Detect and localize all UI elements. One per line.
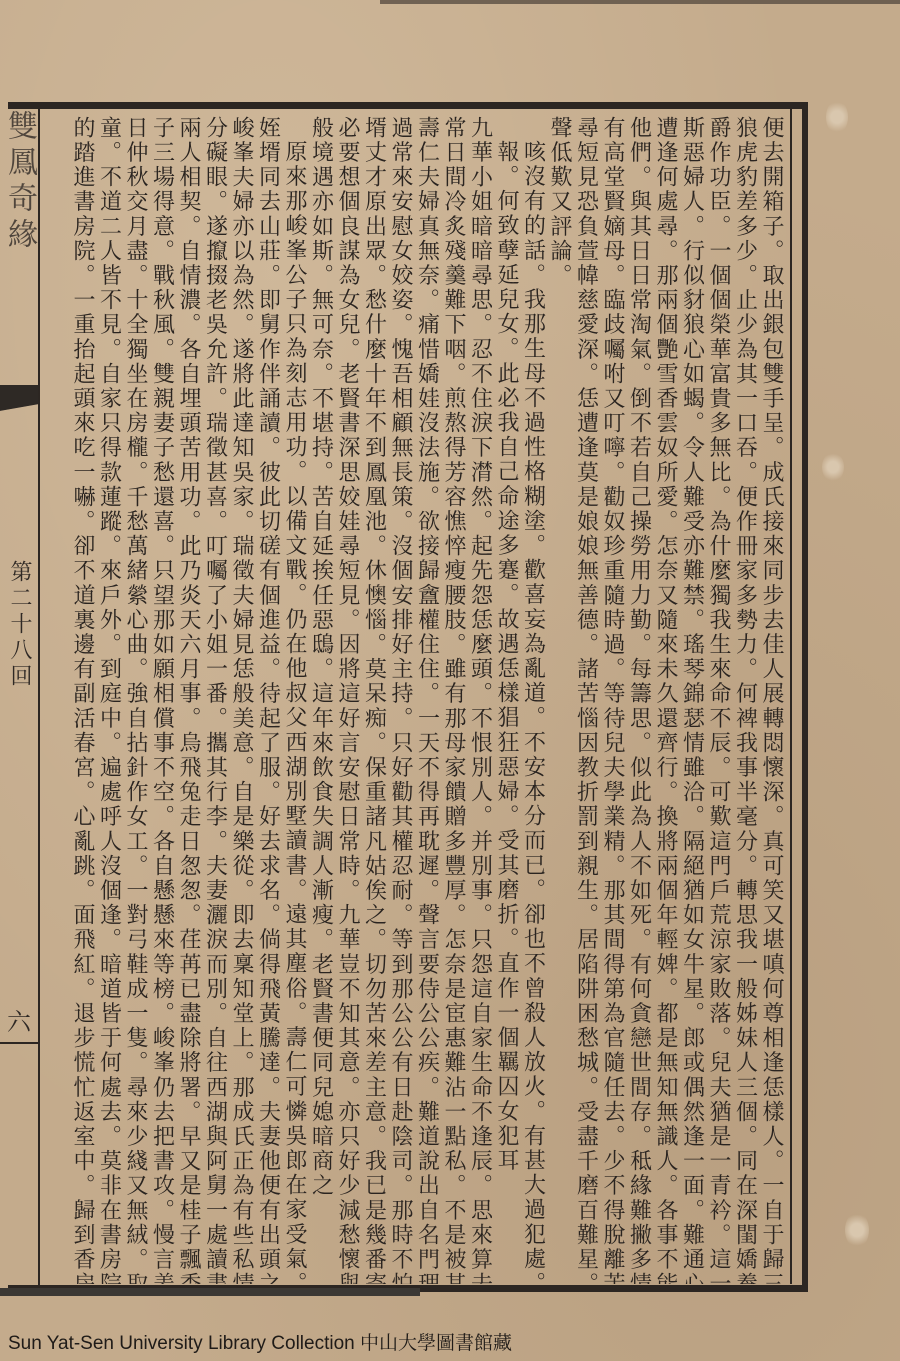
text-column: 狼虎豹差多少。止少為其一口吞。便作冊家多勢力。何裨我事半毫分。轉思我一般姊妹人三… bbox=[731, 116, 758, 1284]
text-column: 報。何致孽延兒女。此必我自己命途多蹇。故遇恁樣猖狂惡婦。受其磨折。直作一個羈囚女… bbox=[493, 116, 520, 1284]
margin-page-number: 六 bbox=[3, 1002, 35, 1037]
scanned-page: 雙鳳奇緣 第二十八回 六 便去開箱子。取出銀包雙手呈。成氏接來同步去佳人展轉悶懷… bbox=[0, 0, 900, 1361]
text-column: 原來那峻峯公子只為刻志用功。以備文戰。仍在他叔父西湖別墅讀書。遠其塵俗。壽仁可憐… bbox=[281, 116, 308, 1284]
text-column: 日仲秋交月盡。十全獨坐在房櫳。千愁萬緒縈心曲。強自拈針作女工。一對弓鞋成一隻。尋… bbox=[122, 116, 149, 1284]
text-column: 姪壻同去山莊。即舅作伴誦讀。彼此切磋有個進益。待起了服。好去求名。倘得飛黃騰達。… bbox=[254, 116, 281, 1284]
binding-hole bbox=[845, 1212, 869, 1248]
text-column: 有高堂賢嫡母。臨歧囑咐又叮嚀。勸奴珍重隨時過。等待兒夫學業精。那其間得第為官隨任… bbox=[599, 116, 626, 1284]
fish-tail-mark bbox=[0, 385, 38, 425]
text-column: 兩人相契。自情濃。各自埋頭苦用功。此乃炎天六月事。烏飛兔走日怱怱。荏苒已盡除將署… bbox=[175, 116, 202, 1284]
text-column: 的踏進書房院。一重抬起頭來吃一嚇。卻不道裏邊有副活春宮。心亂跳。面飛紅。退步慌忙… bbox=[69, 116, 96, 1284]
text-column: 爵作功臣。一個個榮華富貴多無比。為什麼獨我生來命不辰。可歎這門戶荒涼家敗落。兒夫… bbox=[705, 116, 732, 1284]
text-column: 壻丈才原出眾。愁什麼十年不到鳳凰池。休懊惱。莫呆痴。保重諸凡姑俟之。切勿苦來差主… bbox=[360, 116, 387, 1284]
text-column: 遭逢何處尋。那兩個艷雪香雲奴所愛。怎奈又隨來未久還齊行。換將兩個年輕婢。都是無知… bbox=[652, 116, 679, 1284]
scan-edge-band bbox=[0, 1288, 420, 1296]
text-column: 九華小姐暗暗尋思。忍不住淚下潸然。起先怨恁麼頭。不恨別人。并別事。只怨這自家生命… bbox=[466, 116, 493, 1284]
text-column: 童。不道二人皆不見。自家只得款蓮蹤。來戶外。到庭中。遍處呼人沒個逢。暗道皆于何處… bbox=[95, 116, 122, 1284]
margin-divider bbox=[0, 1042, 38, 1044]
binding-hole bbox=[826, 100, 848, 134]
text-column: 壽仁夫婦真無奈。痛惜嬌娃沒法施。欲接歸盦權住住。一天不得再耽遲。聲言要侍公公疾。… bbox=[413, 116, 440, 1284]
margin-book-title: 雙鳳奇緣 bbox=[2, 110, 36, 254]
text-column: 聲低歎又評論。 bbox=[546, 116, 573, 1284]
text-column: 分礙眼。遂攛掇老吳允許。瑞徵甚喜。叮囑了小姐一番。攜其行李。夫妻灑淚而別。自往西… bbox=[201, 116, 228, 1284]
text-column: 子三場得意。戰秋風。雙親妻子愁還喜。只望那如願相償事不空。各自懸懸來等榜。峻峯仍… bbox=[148, 116, 175, 1284]
text-column: 便去開箱子。取出銀包雙手呈。成氏接來同步去佳人展轉悶懷深。真可笑又堪嗔何尊相逢恁… bbox=[758, 116, 785, 1284]
text-frame-inner-rule bbox=[790, 109, 792, 1284]
collection-watermark: Sun Yat-Sen University Library Collectio… bbox=[8, 1328, 512, 1355]
text-column: 必要想個良謀為女兒。老賢書深思姣娃尋短見。因將這好言安慰日常時。九華豈不知其意。… bbox=[334, 116, 361, 1284]
text-column: 峻峯夫婦亦以為然。遂將此達知吳家。瑞徵夫婦見恁般美意。自是樂從。即去稟知堂上。那… bbox=[228, 116, 255, 1284]
text-column: 過常來安慰女姣姿。愧吾相顧無長策。沒個安排好主持。只好勸其權忍耐。等到那公公有日… bbox=[387, 116, 414, 1284]
text-column: 尋短見恐負萱幃慈愛深。恁遭逢莫是娘娘無善德。諸苦惱因教折罰到親生。居陷阱困愁城。… bbox=[572, 116, 599, 1284]
binding-hole bbox=[822, 452, 844, 482]
margin-chapter-label: 第二十八回 bbox=[4, 560, 34, 690]
text-column: 般境遇亦如斯。無可奈。不堪持。苦自延挨任惡鴟。這年來飲食失調人漸瘦。老賢書便同兒… bbox=[307, 116, 334, 1284]
text-column: 斯惡婦人。行似豺狼心如蝎。令人難受亦難禁。瑤琴錦瑟情雖洽。隔絕猶如女牛星。郎或偶… bbox=[678, 116, 705, 1284]
text-column: 他們。與其日日常淘氣。倒不若自己操勞用力勤。每籌思。似此為人不如死。有何貪戀世間… bbox=[625, 116, 652, 1284]
vertical-text-body: 便去開箱子。取出銀包雙手呈。成氏接來同步去佳人展轉悶懷深。真可笑又堪嗔何尊相逢恁… bbox=[42, 116, 784, 1284]
margin-strip bbox=[0, 109, 40, 1285]
page-edge-shadow bbox=[380, 0, 900, 4]
text-column: 咳沒有的話。我那生母不過性格糊塗。歡喜妄為亂道。不安本分而已。卻也不曾殺人放火。… bbox=[519, 116, 546, 1284]
text-column: 常日間冷炙殘羹難下咽。煎熬得芳容憔悴瘦腰肢。雖有那母家饋贈多豐厚。怎奈是宦惠難沾… bbox=[440, 116, 467, 1284]
